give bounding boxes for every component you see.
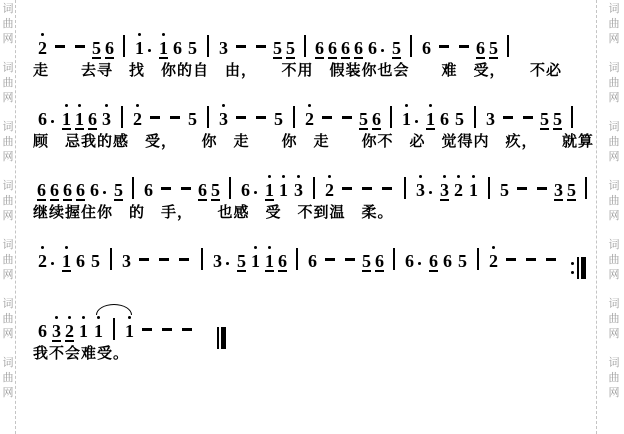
note: 1 bbox=[469, 181, 478, 199]
watermark-gap bbox=[608, 283, 620, 297]
watermark-char: 词 bbox=[608, 238, 620, 253]
note: 6 bbox=[476, 39, 485, 59]
duration-dash bbox=[181, 187, 191, 190]
watermark-char: 曲 bbox=[2, 135, 14, 150]
note: 5 bbox=[286, 39, 295, 59]
note: 5 bbox=[489, 39, 498, 59]
watermark-gap bbox=[2, 106, 14, 120]
note: 1 bbox=[159, 39, 168, 59]
note: 6 bbox=[422, 39, 431, 57]
watermark-char: 词 bbox=[608, 356, 620, 371]
note: 5 bbox=[114, 181, 123, 201]
left-dashed-line bbox=[15, 0, 16, 434]
duration-dash bbox=[170, 116, 180, 119]
note: 6 bbox=[328, 39, 337, 59]
thick-bar bbox=[581, 257, 586, 279]
note: 6 bbox=[88, 110, 97, 130]
watermark-char: 词 bbox=[2, 238, 14, 253]
note: 2 bbox=[38, 39, 47, 57]
note: 6 bbox=[76, 181, 85, 201]
note: 6 bbox=[278, 252, 287, 272]
thin-bar bbox=[217, 327, 219, 349]
augmentation-dot bbox=[381, 49, 384, 52]
note: 3 bbox=[219, 110, 228, 128]
watermark-char: 曲 bbox=[2, 194, 14, 209]
watermark-gap bbox=[2, 401, 14, 415]
watermark-char: 网 bbox=[608, 386, 620, 401]
note: 6 bbox=[308, 252, 317, 270]
augmentation-dot bbox=[226, 262, 229, 265]
barline bbox=[477, 248, 479, 270]
watermark-char: 网 bbox=[2, 209, 14, 224]
duration-dash bbox=[236, 45, 246, 48]
lyrics-line-1: 走 去寻 找 你的自 由， 不用 假装你也会 难 受， 不必 bbox=[33, 59, 591, 80]
note: 2 bbox=[325, 181, 334, 199]
watermark-gap bbox=[608, 401, 620, 415]
note: 5 bbox=[458, 252, 467, 270]
duration-dash bbox=[503, 116, 513, 119]
barline bbox=[229, 177, 231, 199]
watermark-gap bbox=[608, 106, 620, 120]
duration-dash bbox=[382, 187, 392, 190]
barline bbox=[474, 106, 476, 128]
barline bbox=[304, 35, 306, 57]
note: 3 bbox=[102, 110, 111, 128]
note: 1 bbox=[75, 110, 84, 130]
note: 6 bbox=[368, 39, 377, 57]
note: 6 bbox=[173, 39, 182, 57]
barline bbox=[113, 318, 115, 340]
watermark-gap bbox=[2, 224, 14, 238]
watermark-char: 网 bbox=[2, 32, 14, 47]
barline bbox=[410, 35, 412, 57]
watermark-gap bbox=[2, 342, 14, 356]
watermark-char: 网 bbox=[608, 32, 620, 47]
note: 3 bbox=[52, 322, 61, 342]
watermark-char: 词 bbox=[608, 120, 620, 135]
note: 1 bbox=[402, 110, 411, 128]
duration-dash bbox=[322, 116, 332, 119]
note: 6 bbox=[144, 181, 153, 199]
augmentation-dot bbox=[254, 191, 257, 194]
duration-dash bbox=[142, 328, 152, 331]
note: 1 bbox=[62, 252, 71, 272]
duration-dash bbox=[159, 258, 169, 261]
barline bbox=[390, 106, 392, 128]
note: 1 bbox=[251, 252, 260, 270]
barline bbox=[293, 106, 295, 128]
barline bbox=[132, 177, 134, 199]
note: 5 bbox=[362, 252, 371, 272]
note: 6 bbox=[50, 181, 59, 201]
watermark-char: 网 bbox=[2, 386, 14, 401]
barline bbox=[393, 248, 395, 270]
watermark-char: 曲 bbox=[608, 253, 620, 268]
note: 6 bbox=[429, 252, 438, 272]
barline bbox=[207, 35, 209, 57]
note: 1 bbox=[94, 322, 103, 340]
melody-line-5: 632111 bbox=[35, 307, 591, 341]
note: 6 bbox=[90, 181, 99, 199]
note: 6 bbox=[341, 39, 350, 59]
duration-dash bbox=[506, 258, 516, 261]
duration-dash bbox=[256, 116, 266, 119]
note: 6 bbox=[38, 110, 47, 128]
barline bbox=[110, 248, 112, 270]
barline bbox=[207, 106, 209, 128]
watermark-char: 网 bbox=[2, 327, 14, 342]
augmentation-dot bbox=[103, 191, 106, 194]
watermark-char: 曲 bbox=[2, 253, 14, 268]
watermark-char: 网 bbox=[2, 91, 14, 106]
note: 6 bbox=[198, 181, 207, 201]
repeat-end-barline bbox=[571, 257, 586, 279]
duration-dash bbox=[161, 187, 171, 190]
final-barline bbox=[217, 327, 226, 349]
barline bbox=[585, 177, 587, 199]
melody-line-1: 2561165355666665665 bbox=[35, 24, 591, 58]
watermark-char: 网 bbox=[608, 327, 620, 342]
melody-line-4: 216533511665666652 bbox=[35, 237, 591, 271]
note: 5 bbox=[91, 252, 100, 270]
watermark-gap bbox=[608, 224, 620, 238]
note: 6 bbox=[443, 252, 452, 270]
watermark-char: 词 bbox=[608, 61, 620, 76]
note: 5 bbox=[567, 181, 576, 201]
duration-dash bbox=[342, 187, 352, 190]
note: 5 bbox=[274, 110, 283, 128]
watermark-gap bbox=[2, 47, 14, 61]
watermark-char: 词 bbox=[2, 2, 14, 17]
duration-dash bbox=[179, 258, 189, 261]
note: 3 bbox=[122, 252, 131, 270]
note: 5 bbox=[455, 110, 464, 128]
note: 3 bbox=[213, 252, 222, 270]
barline bbox=[507, 35, 509, 57]
augmentation-dot bbox=[418, 262, 421, 265]
note: 2 bbox=[305, 110, 314, 128]
barline bbox=[201, 248, 203, 270]
watermark-gap bbox=[608, 342, 620, 356]
barline bbox=[488, 177, 490, 199]
note: 5 bbox=[273, 39, 282, 59]
duration-dash bbox=[439, 45, 449, 48]
note: 5 bbox=[553, 110, 562, 130]
watermark-char: 词 bbox=[608, 2, 620, 17]
note: 1 bbox=[426, 110, 435, 130]
note: 3 bbox=[294, 181, 303, 199]
note: 1 bbox=[79, 322, 88, 340]
lyrics-line-2: 顾 忌我的感 受， 你 走 你 走 你不 必 觉得内 疚， 就算 bbox=[33, 130, 591, 151]
note: 3 bbox=[554, 181, 563, 201]
watermark-char: 网 bbox=[608, 91, 620, 106]
watermark-char: 曲 bbox=[608, 312, 620, 327]
note: 5 bbox=[500, 181, 509, 199]
thin-bar bbox=[577, 257, 579, 279]
watermark-right-column: 词曲网词曲网词曲网词曲网词曲网词曲网词曲网 bbox=[608, 2, 620, 434]
right-dashed-line bbox=[596, 0, 597, 434]
watermark-gap bbox=[608, 47, 620, 61]
watermark-char: 词 bbox=[2, 120, 14, 135]
note: 6 bbox=[372, 110, 381, 130]
duration-dash bbox=[75, 45, 85, 48]
augmentation-dot bbox=[148, 49, 151, 52]
lyrics-line-3: 继续握住你 的 手， 也感 受 不到温 柔。 bbox=[33, 201, 591, 222]
watermark-char: 词 bbox=[608, 297, 620, 312]
note: 2 bbox=[133, 110, 142, 128]
watermark-char: 网 bbox=[608, 268, 620, 283]
note: 5 bbox=[92, 39, 101, 59]
note: 3 bbox=[416, 181, 425, 199]
barline bbox=[123, 35, 125, 57]
note: 5 bbox=[359, 110, 368, 130]
barline bbox=[296, 248, 298, 270]
watermark-gap bbox=[608, 165, 620, 179]
watermark-char: 曲 bbox=[2, 371, 14, 386]
repeat-dots bbox=[571, 257, 575, 279]
note: 1 bbox=[125, 322, 134, 340]
note: 6 bbox=[241, 181, 250, 199]
watermark-char: 曲 bbox=[608, 135, 620, 150]
watermark-char: 词 bbox=[2, 179, 14, 194]
note: 6 bbox=[37, 181, 46, 201]
note: 5 bbox=[540, 110, 549, 130]
duration-dash bbox=[256, 45, 266, 48]
score: 2561165355666665665 走 去寻 找 你的自 由， 不用 假装你… bbox=[35, 24, 591, 378]
note: 1 bbox=[135, 39, 144, 57]
barline bbox=[313, 177, 315, 199]
note: 5 bbox=[237, 252, 246, 272]
duration-dash bbox=[182, 328, 192, 331]
watermark-gap bbox=[2, 283, 14, 297]
note: 6 bbox=[105, 39, 114, 59]
note: 6 bbox=[375, 252, 384, 272]
watermark-char: 曲 bbox=[2, 76, 14, 91]
barline bbox=[571, 106, 573, 128]
note: 6 bbox=[76, 252, 85, 270]
watermark-char: 词 bbox=[2, 297, 14, 312]
note: 1 bbox=[62, 110, 71, 130]
lyrics-line-5: 我不会难受。 bbox=[33, 342, 591, 363]
note: 5 bbox=[211, 181, 220, 201]
watermark-char: 网 bbox=[608, 150, 620, 165]
barline bbox=[404, 177, 406, 199]
duration-dash bbox=[139, 258, 149, 261]
duration-dash bbox=[345, 258, 355, 261]
note: 3 bbox=[219, 39, 228, 57]
note: 2 bbox=[489, 252, 498, 270]
note: 1 bbox=[279, 181, 288, 199]
watermark-char: 词 bbox=[608, 179, 620, 194]
note: 6 bbox=[440, 110, 449, 128]
note: 2 bbox=[65, 322, 74, 342]
note: 5 bbox=[188, 110, 197, 128]
watermark-char: 曲 bbox=[608, 371, 620, 386]
duration-dash bbox=[517, 187, 527, 190]
duration-dash bbox=[526, 258, 536, 261]
note: 6 bbox=[63, 181, 72, 201]
melody-line-3: 666665665611323321535 bbox=[35, 166, 591, 200]
duration-dash bbox=[342, 116, 352, 119]
watermark-char: 词 bbox=[2, 61, 14, 76]
augmentation-dot bbox=[51, 120, 54, 123]
watermark-char: 曲 bbox=[608, 17, 620, 32]
note: 6 bbox=[38, 322, 47, 340]
duration-dash bbox=[162, 328, 172, 331]
watermark-char: 曲 bbox=[608, 194, 620, 209]
thick-bar bbox=[221, 327, 226, 349]
duration-dash bbox=[362, 187, 372, 190]
note: 5 bbox=[392, 39, 401, 59]
barline bbox=[121, 106, 123, 128]
watermark-char: 曲 bbox=[608, 76, 620, 91]
tie-arc: 11 bbox=[91, 318, 137, 342]
watermark-char: 曲 bbox=[2, 312, 14, 327]
duration-dash bbox=[459, 45, 469, 48]
augmentation-dot bbox=[429, 191, 432, 194]
note: 3 bbox=[486, 110, 495, 128]
note: 3 bbox=[440, 181, 449, 201]
watermark-char: 网 bbox=[608, 209, 620, 224]
duration-dash bbox=[55, 45, 65, 48]
watermark-char: 曲 bbox=[2, 17, 14, 32]
duration-dash bbox=[236, 116, 246, 119]
duration-dash bbox=[523, 116, 533, 119]
duration-dash bbox=[537, 187, 547, 190]
watermark-left-column: 词曲网词曲网词曲网词曲网词曲网词曲网词曲网 bbox=[2, 2, 14, 434]
watermark-gap bbox=[2, 165, 14, 179]
note: 2 bbox=[38, 252, 47, 270]
melody-line-2: 6116325352561165355 bbox=[35, 95, 591, 129]
watermark-char: 词 bbox=[2, 356, 14, 371]
augmentation-dot bbox=[415, 120, 418, 123]
duration-dash bbox=[546, 258, 556, 261]
note: 1 bbox=[265, 252, 274, 272]
note: 1 bbox=[265, 181, 274, 201]
note: 5 bbox=[188, 39, 197, 57]
duration-dash bbox=[325, 258, 335, 261]
watermark-char: 网 bbox=[2, 150, 14, 165]
duration-dash bbox=[150, 116, 160, 119]
augmentation-dot bbox=[51, 262, 54, 265]
note: 6 bbox=[354, 39, 363, 59]
watermark-char: 网 bbox=[2, 268, 14, 283]
note: 6 bbox=[405, 252, 414, 270]
note: 2 bbox=[454, 181, 463, 199]
note: 6 bbox=[315, 39, 324, 59]
